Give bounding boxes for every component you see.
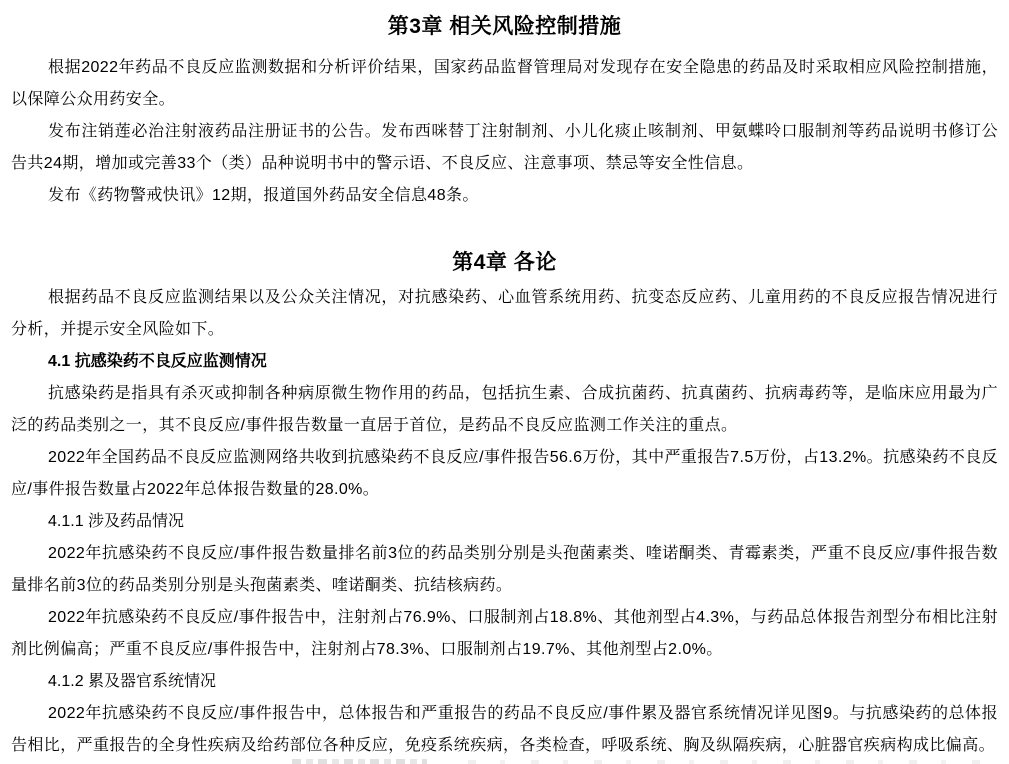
chapter-3-title: 第3章 相关风险控制措施 (11, 12, 998, 42)
document-body: 第3章 相关风险控制措施 根据2022年药品不良反应监测数据和分析评价结果，国家… (11, 12, 998, 762)
chapter-3-paragraph-risk-measures: 根据2022年药品不良反应监测数据和分析评价结果，国家药品监督管理局对发现存在安… (11, 52, 998, 116)
subsection-4-1-2-paragraph-organ-systems: 2022年抗感染药不良反应/事件报告中，总体报告和严重报告的药品不良反应/事件累… (11, 698, 998, 762)
section-4-1-paragraph-report-counts: 2022年全国药品不良反应监测网络共收到抗感染药不良反应/事件报告56.6万份，… (11, 442, 998, 506)
subsection-4-1-1-paragraph-dosage-forms: 2022年抗感染药不良反应/事件报告中，注射剂占76.9%、口服制剂占18.8%… (11, 602, 998, 666)
report-page: { "page": { "background_color": "#ffffff… (0, 0, 1009, 764)
subsection-4-1-1-paragraph-drug-categories: 2022年抗感染药不良反应/事件报告数量排名前3位的药品类别分别是头孢菌素类、喹… (11, 538, 998, 602)
section-4-1-heading: 4.1 抗感染药不良反应监测情况 (11, 346, 998, 378)
section-4-1-paragraph-definition: 抗感染药是指具有杀灭或抑制各种病原微生物作用的药品，包括抗生素、合成抗菌药、抗真… (11, 378, 998, 442)
chapter-3-paragraph-announcements: 发布注销莲必治注射液药品注册证书的公告。发布西咪替丁注射制剂、小儿化痰止咳制剂、… (11, 116, 998, 180)
chapter-4-intro-paragraph: 根据药品不良反应监测结果以及公众关注情况，对抗感染药、心血管系统用药、抗变态反应… (11, 282, 998, 346)
subsection-4-1-1-heading: 4.1.1 涉及药品情况 (11, 506, 998, 538)
subsection-4-1-2-heading: 4.1.2 累及器官系统情况 (11, 666, 998, 698)
chapter-3-paragraph-vigilance-news: 发布《药物警戒快讯》12期，报道国外药品安全信息48条。 (11, 180, 998, 212)
chapter-4-title: 第4章 各论 (11, 248, 998, 278)
